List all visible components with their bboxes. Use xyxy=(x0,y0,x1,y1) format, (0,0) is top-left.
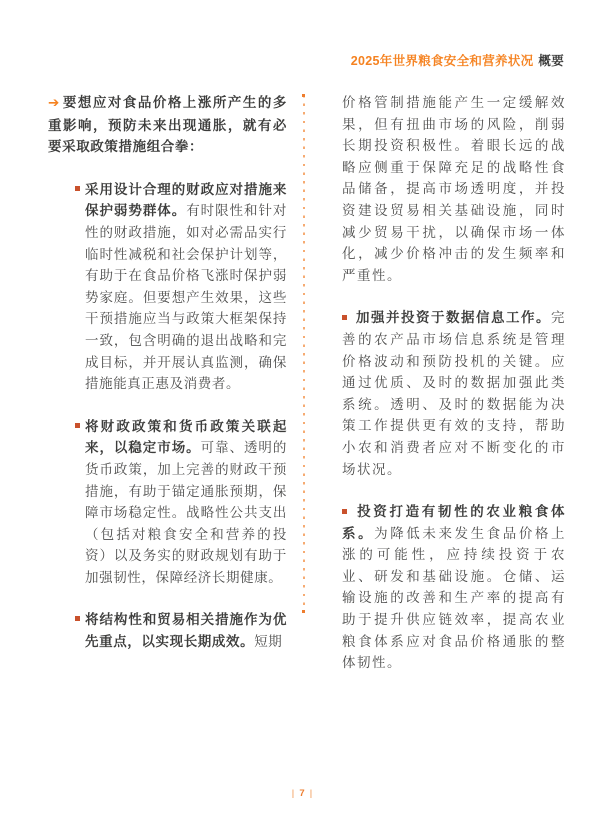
document-page: 2025年世界粮食安全和营养状况概要 ➔要想应对食品价格上涨所产生的多重影响，预… xyxy=(0,0,604,830)
footer-left-bar: | xyxy=(292,788,295,799)
bullet-square-icon xyxy=(75,186,80,191)
bullet-rest: 有时限性和针对性的财政措施，如对必需品实行临时性减税和社会保护计划等，有助于在食… xyxy=(85,203,287,391)
column-divider xyxy=(302,95,305,612)
bullet-item-fiscal-monetary-link: 将财政政策和货币政策关联起来，以稳定市场。可靠、透明的货币政策，加上完善的财政干… xyxy=(48,416,287,589)
bullet-rest: 完善的农产品市场信息系统是管理价格波动和预防投机的关键。应通过优质、及时的数据加… xyxy=(342,310,566,476)
bullet-square-icon xyxy=(342,315,347,320)
bullet-square-icon xyxy=(75,423,80,428)
section-label: 概要 xyxy=(538,54,564,68)
continuation-paragraph: 价格管制措施能产生一定缓解效果，但有扭曲市场的风险，削弱长期投资积极性。着眼长远… xyxy=(342,92,566,286)
page-number: 7 xyxy=(299,788,304,799)
page-footer: |7| xyxy=(0,788,604,799)
bullet-item-resilient-agrifood: 投资打造有韧性的农业粮食体系。为降低未来发生食品价格上涨的可能性，应持续投资于农… xyxy=(342,501,566,674)
report-title: 2025年世界粮食安全和营养状况 xyxy=(351,54,534,68)
bullet-item-data-information: 加强并投资于数据信息工作。完善的农产品市场信息系统是管理价格波动和预防投机的关键… xyxy=(342,307,566,480)
bullet-item-fiscal-protection: 采用设计合理的财政应对措施来保护弱势群体。有时限性和针对性的财政措施，如对必需品… xyxy=(48,179,287,395)
intro-paragraph: ➔要想应对食品价格上涨所产生的多重影响，预防未来出现通胀，就有必要采取政策措施组… xyxy=(48,92,287,158)
bullet-rest: 可靠、透明的货币政策，加上完善的财政干预措施，有助于锚定通胀预期，保障市场稳定性… xyxy=(85,440,287,585)
left-column: ➔要想应对食品价格上涨所产生的多重影响，预防未来出现通胀，就有必要采取政策措施组… xyxy=(48,92,287,674)
page-header: 2025年世界粮食安全和营养状况概要 xyxy=(351,51,564,69)
intro-text: 要想应对食品价格上涨所产生的多重影响，预防未来出现通胀，就有必要采取政策措施组合… xyxy=(48,95,287,154)
arrow-icon: ➔ xyxy=(48,95,60,111)
bullet-item-structural-trade: 将结构性和贸易相关措施作为优先重点，以实现长期成效。短期 xyxy=(48,609,287,652)
bullet-rest: 为降低未来发生食品价格上涨的可能性，应持续投资于农业、研发和基础设施。仓储、运输… xyxy=(342,526,566,671)
right-column: 价格管制措施能产生一定缓解效果，但有扭曲市场的风险，削弱长期投资积极性。着眼长远… xyxy=(342,92,566,695)
bullet-rest: 短期 xyxy=(254,634,282,649)
footer-right-bar: | xyxy=(310,788,313,799)
bullet-square-icon xyxy=(75,616,80,621)
bullet-square-icon xyxy=(342,509,347,514)
bullet-lead: 加强并投资于数据信息工作。 xyxy=(356,310,551,325)
